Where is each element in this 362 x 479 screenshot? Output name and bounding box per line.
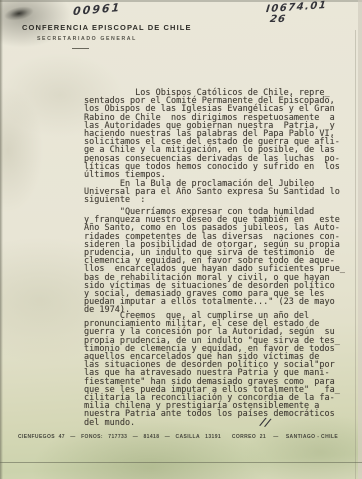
handwritten-archive-subnumber: 26 xyxy=(269,14,287,25)
body-paragraph-3-quote: "Querríamos expresar con toda humildad y… xyxy=(84,208,345,315)
body-paragraph-2: En la Bula de proclamación del Jubileo U… xyxy=(84,180,340,205)
handwritten-page-mark: // xyxy=(260,415,273,430)
letterhead-department: SECRETARIADO GENERAL xyxy=(37,36,192,42)
scan-edge-right-strip xyxy=(358,0,362,479)
scan-edge-right-line xyxy=(355,30,356,479)
scan-edge-left xyxy=(0,0,3,479)
footer-address-line: CIENFUEGOS 47 — FONOS: 717733 — 81418 — … xyxy=(0,434,356,440)
letterhead-org-name: CONFERENCIA EPISCOPAL DE CHILE xyxy=(22,23,192,32)
ink-smudge-stain xyxy=(3,4,35,23)
scan-bottom-line xyxy=(0,462,362,463)
scanned-letter-page: CONFERENCIA EPISCOPAL DE CHILE SECRETARI… xyxy=(0,0,362,479)
body-paragraph-4: Creemos que, al cumplirse un año del pro… xyxy=(84,312,340,427)
letterhead-rule xyxy=(72,48,89,49)
letterhead: CONFERENCIA EPISCOPAL DE CHILE SECRETARI… xyxy=(22,23,192,49)
handwritten-document-number: 00961 xyxy=(73,1,122,18)
handwritten-archive-code: I0674.01 xyxy=(265,0,327,15)
body-paragraph-1: Los Obispos Católicos de Chile, repre̲ s… xyxy=(84,89,340,179)
